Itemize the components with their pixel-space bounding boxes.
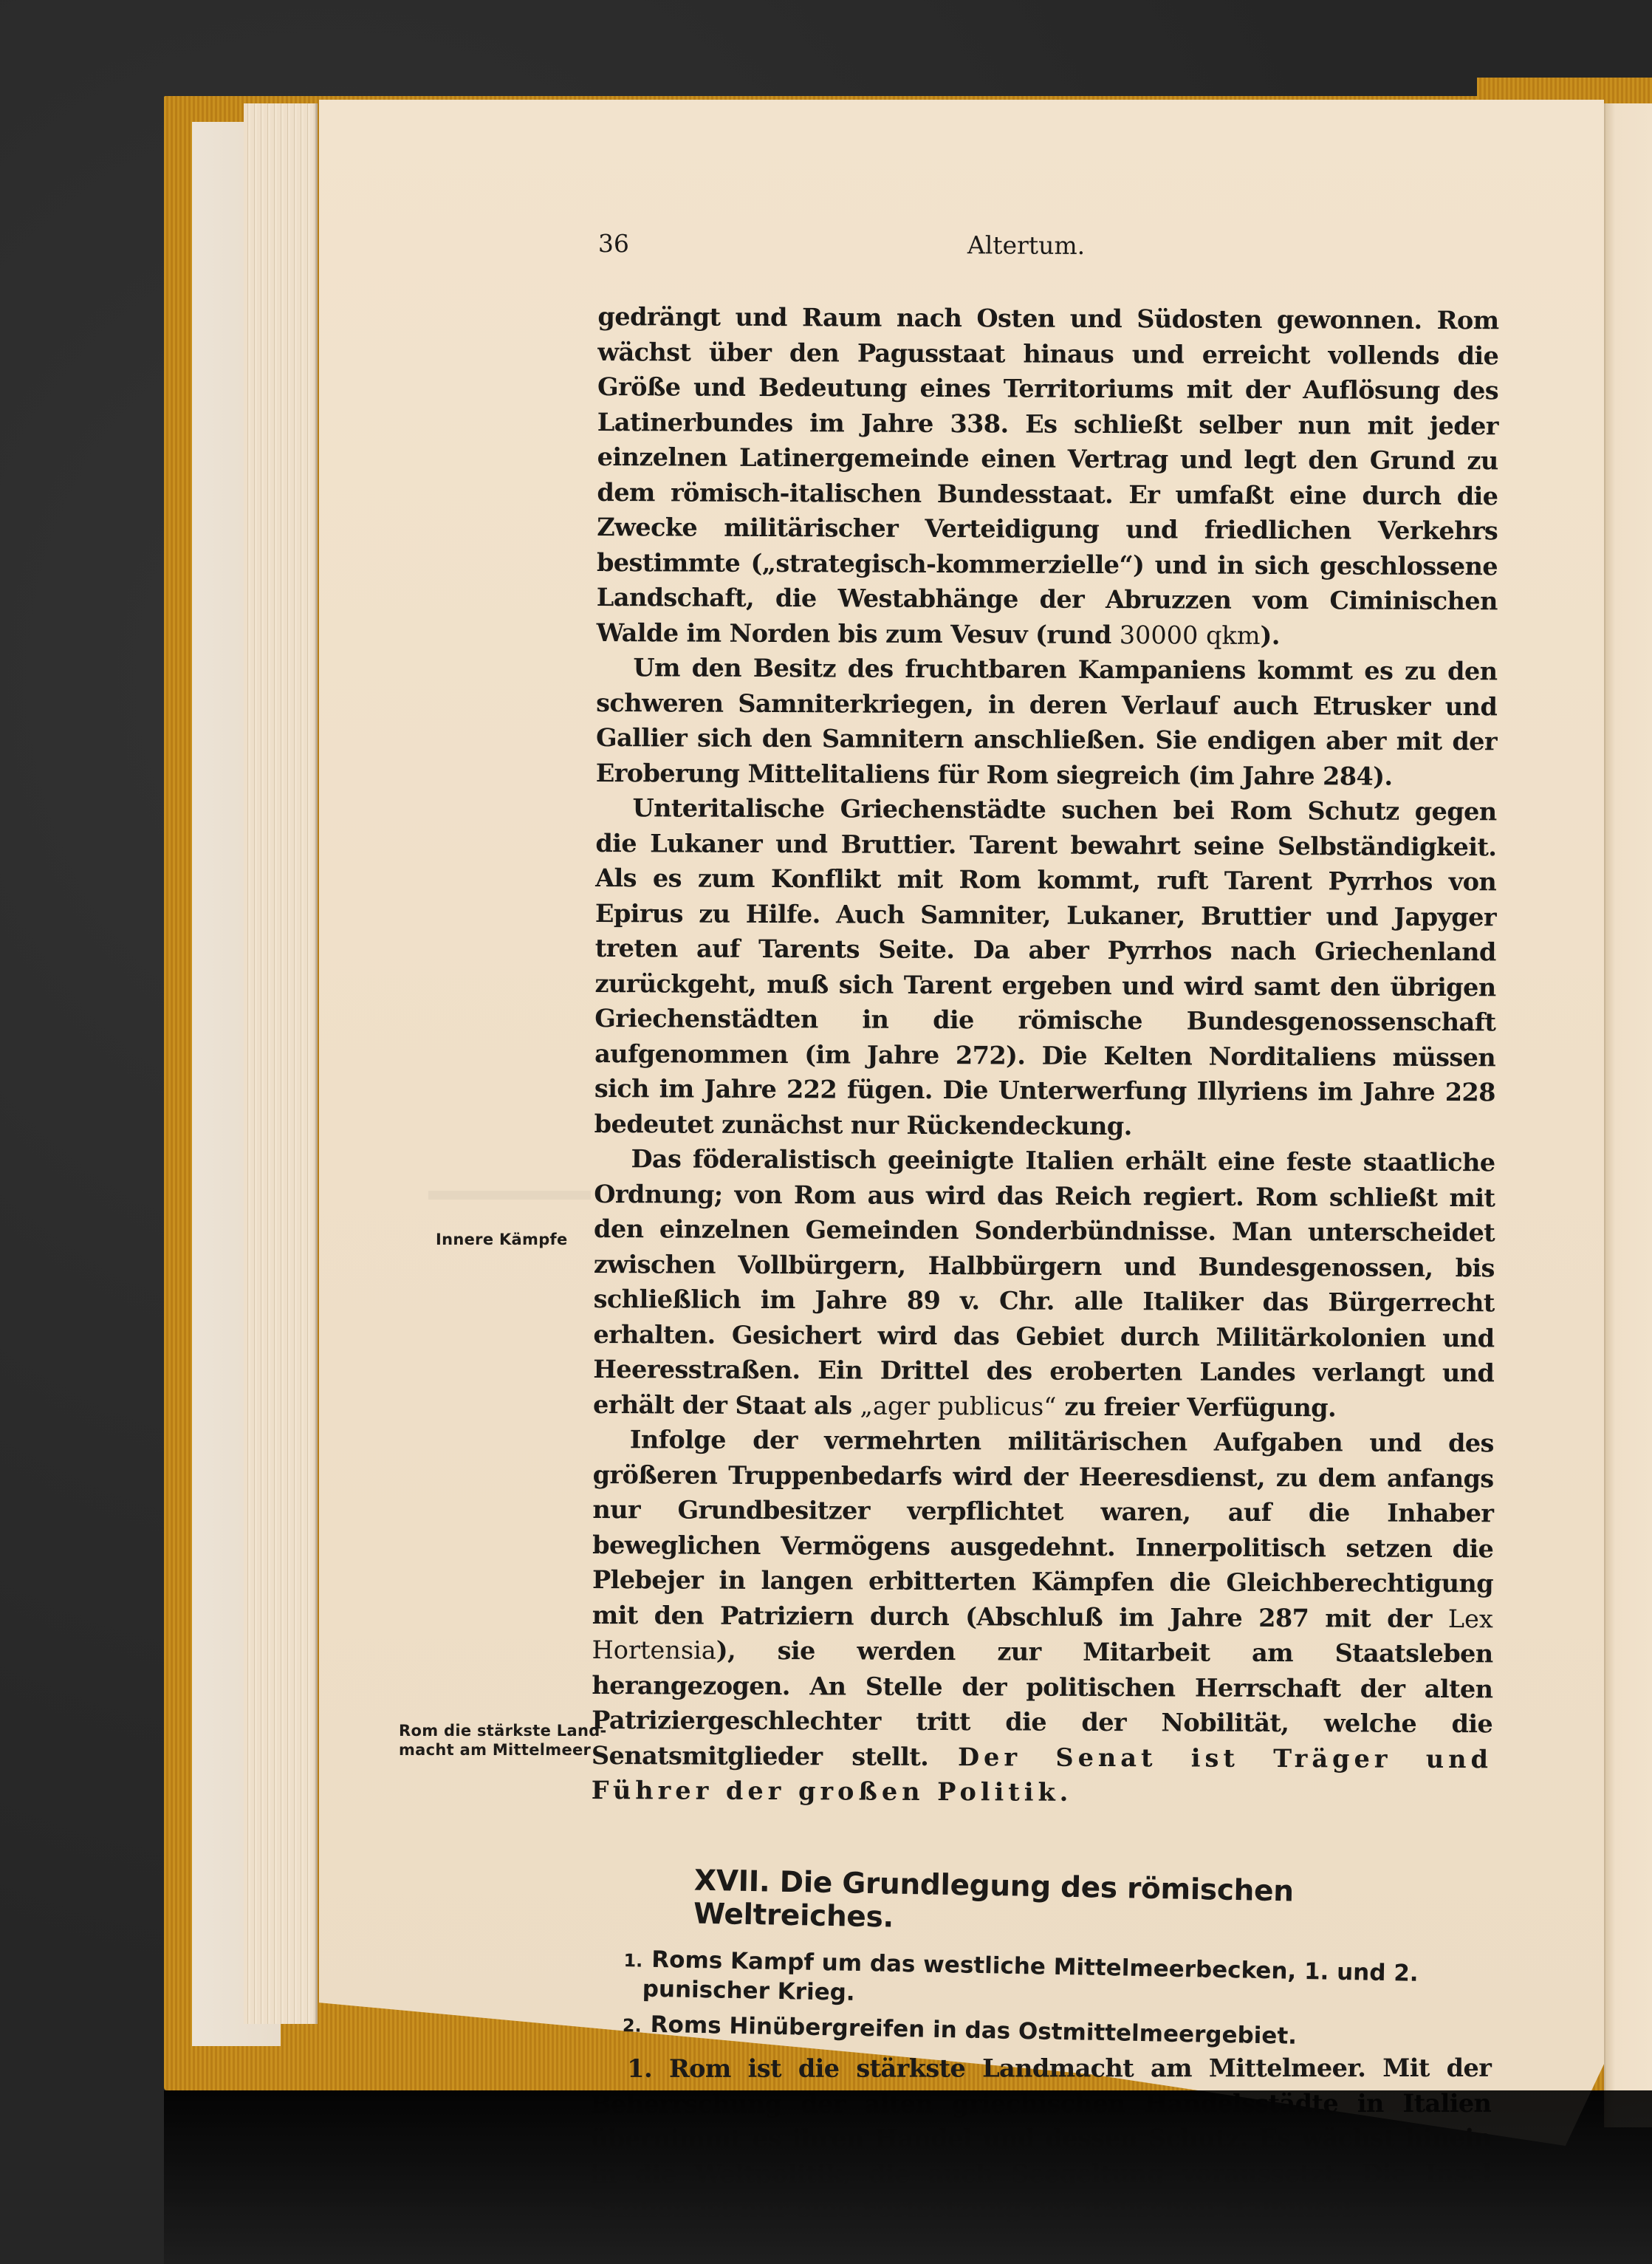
paragraph-text: zu freier Verfügung. (1056, 1392, 1336, 1422)
chapter-outline: 1.Roms Kampf um das westliche Mittelmeer… (623, 1945, 1492, 2056)
running-head: 36 Altertum. (598, 229, 1337, 265)
margin-note-rom-landmacht: Rom die stärkste Land- macht am Mittelme… (399, 1721, 613, 1759)
text-block: 36 Altertum. gedrängt und Raum nach Oste… (589, 229, 1499, 2230)
paragraph-2: Um den Besitz des fruchtbaren Kampaniens… (596, 650, 1498, 794)
paragraph-text: Infolge der vermehrten militärischen Auf… (592, 1425, 1494, 1632)
running-title: Altertum. (967, 230, 1085, 260)
margin-note-line: Rom die stärkste Land- (399, 1721, 613, 1740)
outline-text: Roms Kampf um das westliche Mittelmeerbe… (642, 1946, 1418, 2005)
page-number: 36 (598, 229, 629, 262)
paragraph-text: Das föderalistisch geeinigte Italien erh… (593, 1144, 1495, 1420)
outline-text: Roms Hinübergreifen in das Ostmittelmeer… (650, 2011, 1297, 2049)
facing-page-edge (1604, 103, 1652, 2127)
paragraph-4: Das föderalistisch geeinigte Italien erh… (593, 1141, 1495, 1426)
latin-term: „ager publicus“ (860, 1391, 1056, 1420)
outline-item: 2.Roms Hinübergreifen in das Ostmittelme… (623, 2010, 1491, 2056)
bottom-shadow (164, 2090, 1652, 2264)
area-value: 30000 qkm (1120, 620, 1261, 650)
paragraph-text: ). (1260, 620, 1279, 649)
paragraph-1: gedrängt und Raum nach Osten und Südoste… (597, 299, 1499, 654)
margin-note-innere-kaempfe: Innere Kämpfe (436, 1230, 568, 1249)
paragraph-5: Infolge der vermehrten militärischen Auf… (592, 1422, 1494, 1812)
paragraph-3: Unteritalische Griechenstädte suchen bei… (594, 790, 1497, 1145)
outline-number: 2. (623, 2015, 642, 2036)
show-through (428, 1191, 591, 1200)
outline-item: 1.Roms Kampf um das westliche Mittelmeer… (623, 1945, 1491, 2019)
outline-number: 1. (623, 1950, 642, 1971)
margin-note-line: macht am Mittelmeer (399, 1740, 613, 1759)
paragraph-text: gedrängt und Raum nach Osten und Südoste… (597, 302, 1499, 649)
page-stack-edges (244, 103, 318, 2024)
chapter-heading: XVII. Die Grundlegung des römischen Welt… (693, 1864, 1492, 1945)
